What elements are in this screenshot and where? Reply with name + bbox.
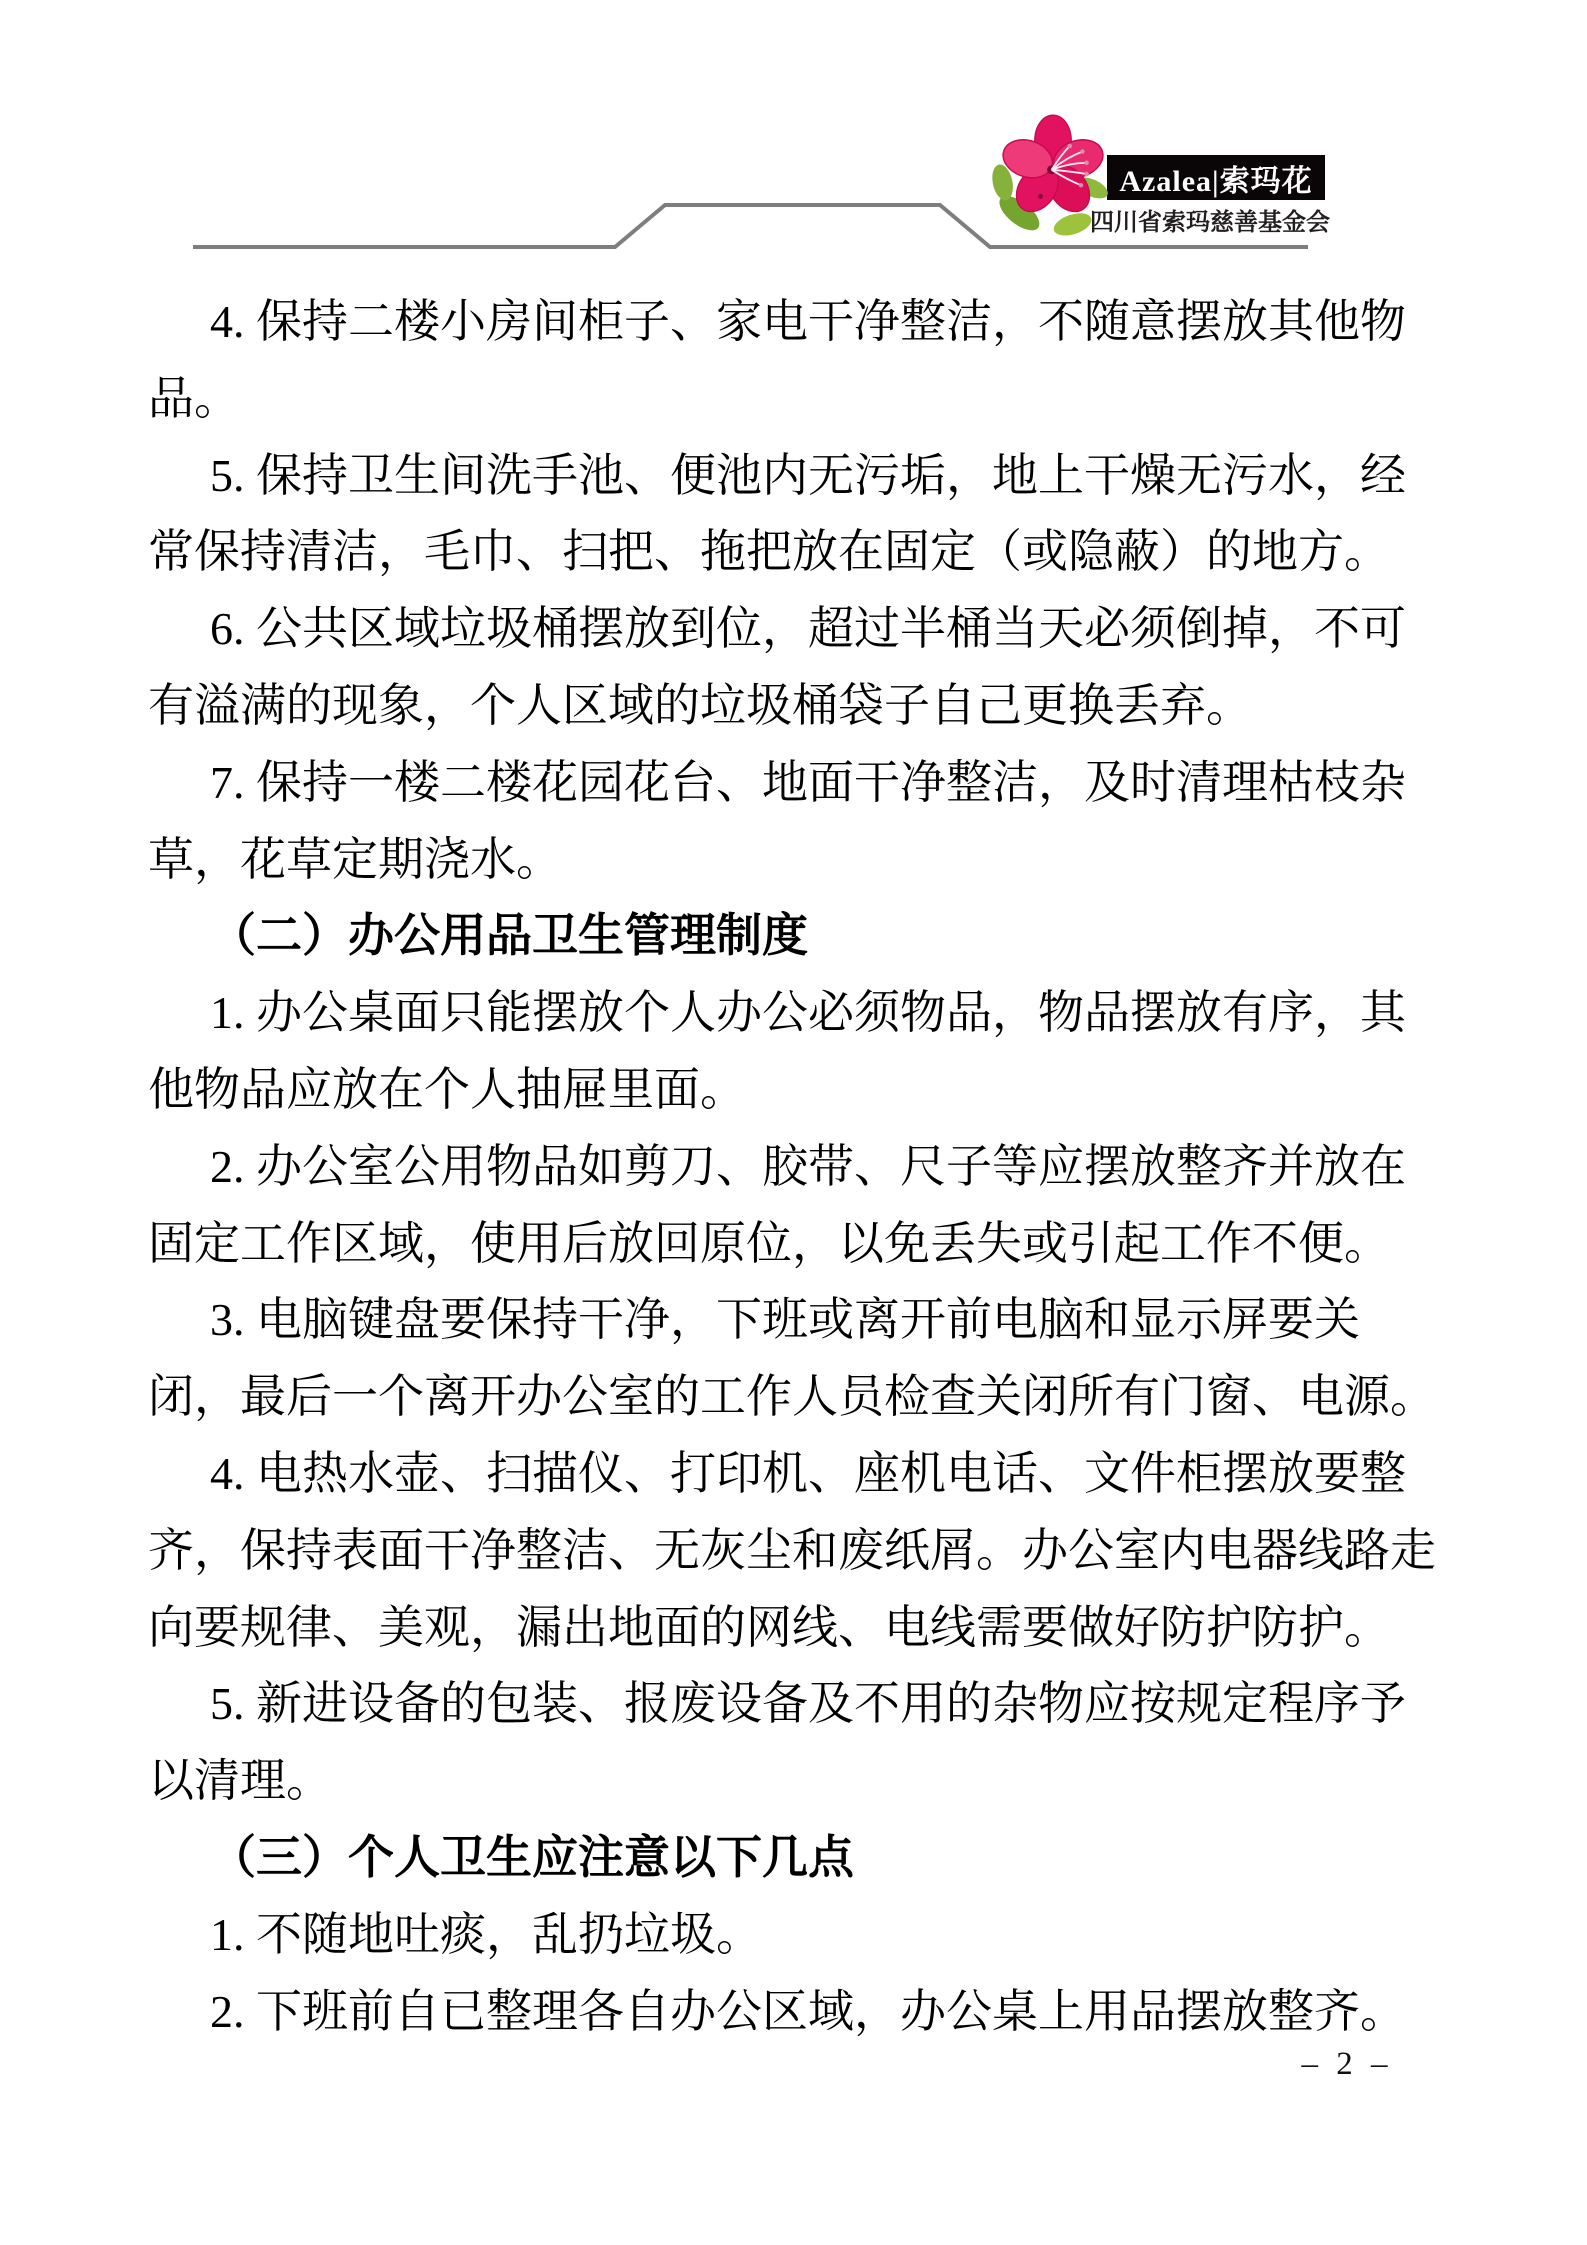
text-line: 4. 电热水壶、扫描仪、打印机、座机电话、文件柜摆放要整 — [148, 1436, 1398, 1513]
body-text: 4. 保持二楼小房间柜子、家电干净整洁，不随意摆放其他物 品。 5. 保持卫生间… — [148, 284, 1398, 2050]
azalea-flower-icon — [983, 104, 1123, 244]
logo-org-name: 四川省索玛慈善基金会 — [1086, 202, 1334, 237]
text-line: 2. 下班前自已整理各自办公区域，办公桌上用品摆放整齐。 — [148, 1974, 1398, 2051]
section-heading: （三）个人卫生应注意以下几点 — [148, 1820, 1398, 1897]
text-line: 1. 不随地吐痰，乱扔垃圾。 — [148, 1897, 1398, 1974]
logo-banner-text: Azalea|索玛花 — [1119, 156, 1312, 200]
logo-banner: Azalea|索玛花 — [1107, 155, 1325, 200]
text-line: 4. 保持二楼小房间柜子、家电干净整洁，不随意摆放其他物 — [148, 284, 1398, 361]
section-heading: （二）办公用品卫生管理制度 — [148, 898, 1398, 975]
text-line: 6. 公共区域垃圾桶摆放到位，超过半桶当天必须倒掉，不可 — [148, 591, 1398, 668]
text-line: 7. 保持一楼二楼花园花台、地面干净整洁，及时清理枯枝杂 — [148, 745, 1398, 822]
document-page: Azalea|索玛花 四川省索玛慈善基金会 — [0, 0, 1587, 2245]
text-line: 他物品应放在个人抽屉里面。 — [148, 1052, 1398, 1129]
text-line: 固定工作区域，使用后放回原位，以免丢失或引起工作不便。 — [148, 1206, 1398, 1283]
text-line: 常保持清洁，毛巾、扫把、拖把放在固定（或隐蔽）的地方。 — [148, 514, 1398, 591]
text-line: 5. 新进设备的包装、报废设备及不用的杂物应按规定程序予 — [148, 1666, 1398, 1743]
text-line: 2. 办公室公用物品如剪刀、胶带、尺子等应摆放整齐并放在 — [148, 1129, 1398, 1206]
text-line: 向要规律、美观，漏出地面的网线、电线需要做好防护防护。 — [148, 1590, 1398, 1667]
text-line: 5. 保持卫生间洗手池、便池内无污垢，地上干燥无污水，经 — [148, 438, 1398, 515]
text-line: 有溢满的现象，个人区域的垃圾桶袋子自己更换丢弃。 — [148, 668, 1398, 745]
text-line: 以清理。 — [148, 1743, 1398, 1820]
text-line: 齐，保持表面干净整洁、无灰尘和废纸屑。办公室内电器线路走 — [148, 1513, 1398, 1590]
foundation-logo: Azalea|索玛花 四川省索玛慈善基金会 — [985, 98, 1387, 250]
text-line: 草，花草定期浇水。 — [148, 822, 1398, 899]
text-line: 1. 办公桌面只能摆放个人办公必须物品，物品摆放有序，其 — [148, 975, 1398, 1052]
text-line: 3. 电脑键盘要保持干净，下班或离开前电脑和显示屏要关 — [148, 1282, 1398, 1359]
text-line: 闭，最后一个离开办公室的工作人员检查关闭所有门窗、电源。 — [148, 1359, 1398, 1436]
page-number: – 2 – — [1262, 2046, 1432, 2083]
text-line: 品。 — [148, 361, 1398, 438]
